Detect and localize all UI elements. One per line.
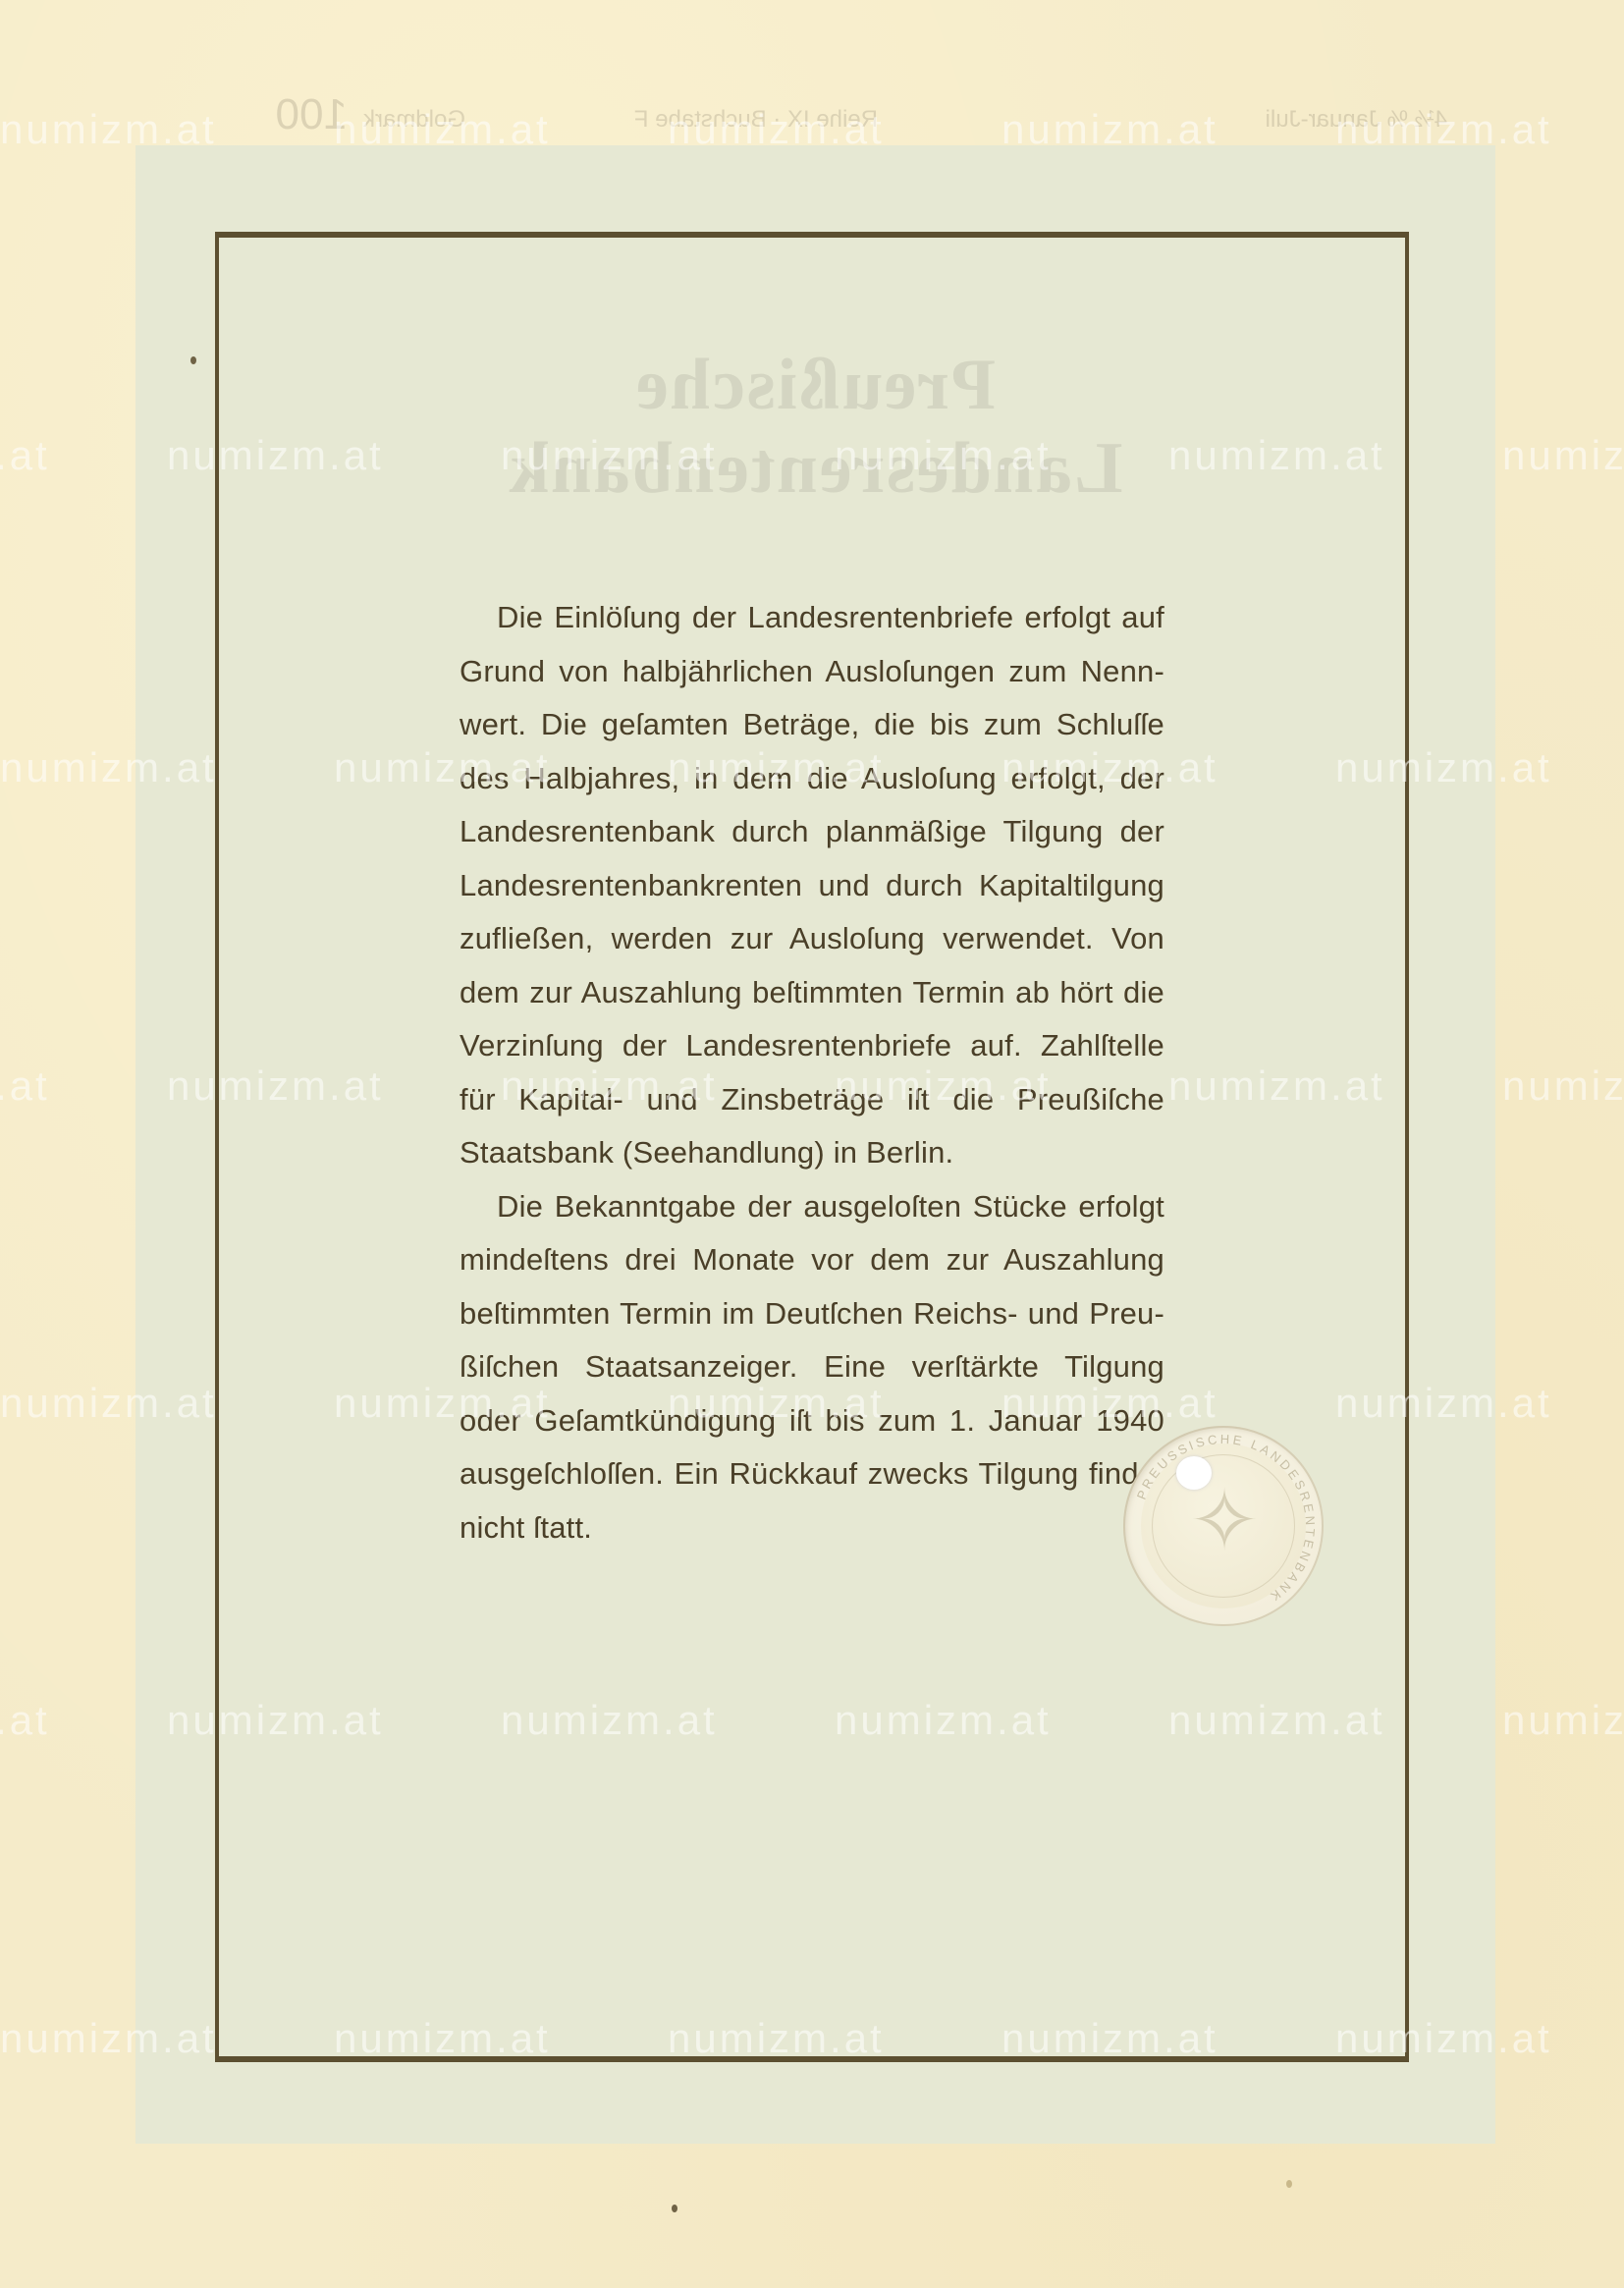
text-line: mindeſtens drei Monate vor dem zur Ausza… bbox=[460, 1233, 1164, 1287]
svg-text:PREUSSISCHE LANDESRENTENBANK: PREUSSISCHE LANDESRENTENBANK bbox=[1134, 1432, 1318, 1606]
watermark-text: numizm.at bbox=[668, 1380, 885, 1427]
watermark-text: numizm.at bbox=[334, 1380, 551, 1427]
watermark-text: numizm.at bbox=[0, 1380, 217, 1427]
watermark-text: numizm.at bbox=[334, 744, 551, 791]
watermark-text: numizm.at bbox=[1335, 1380, 1552, 1427]
text-line: Landesrentenbankrenten und durch Kapital… bbox=[460, 859, 1164, 913]
watermark-text: numizm.at bbox=[0, 1697, 50, 1744]
punch-hole bbox=[1176, 1456, 1212, 1490]
ink-dot bbox=[190, 356, 196, 364]
watermark-text: numizm.at bbox=[1001, 2015, 1218, 2062]
text-line: Die Bekanntgabe der ausgeloſten Stücke e… bbox=[460, 1180, 1164, 1234]
watermark-text: numizm.at bbox=[0, 744, 217, 791]
text-line: Die Einlöſung der Landesrentenbriefe erf… bbox=[460, 591, 1164, 645]
watermark-text: numizm.at bbox=[1502, 432, 1624, 479]
ink-dot bbox=[1286, 2180, 1292, 2188]
ink-dot bbox=[672, 2205, 677, 2212]
watermark-text: numizm.at bbox=[835, 432, 1052, 479]
paragraph-announcement: Die Bekanntgabe der ausgeloſten Stücke e… bbox=[460, 1180, 1164, 1555]
text-line: Grund von halbjährlichen Ausloſungen zum… bbox=[460, 645, 1164, 699]
watermark-text: numizm.at bbox=[1335, 2015, 1552, 2062]
text-line: Staatsbank (Seehandlung) in Berlin. bbox=[460, 1126, 1164, 1180]
seal-inscription: PREUSSISCHE LANDESRENTENBANK bbox=[1123, 1426, 1324, 1626]
watermark-text: numizm.at bbox=[1168, 1697, 1385, 1744]
watermark-text: numizm.at bbox=[1001, 106, 1218, 153]
watermark-text: numizm.at bbox=[334, 2015, 551, 2062]
watermark-text: numizm.at bbox=[501, 1062, 718, 1110]
watermark-text: numizm.at bbox=[835, 1062, 1052, 1110]
watermark-text: numizm.at bbox=[668, 2015, 885, 2062]
watermark-text: numizm.at bbox=[1168, 1062, 1385, 1110]
watermark-text: numizm.at bbox=[1001, 744, 1218, 791]
watermark-text: numizm.at bbox=[334, 106, 551, 153]
text-line: zufließen, werden zur Ausloſung verwende… bbox=[460, 912, 1164, 966]
watermark-text: numizm.at bbox=[668, 744, 885, 791]
watermark-text: numizm.at bbox=[0, 106, 217, 153]
watermark-text: numizm.at bbox=[835, 1697, 1052, 1744]
watermark-text: numizm.at bbox=[1502, 1697, 1624, 1744]
watermark-text: numizm.at bbox=[167, 432, 384, 479]
watermark-text: numizm.at bbox=[167, 1697, 384, 1744]
watermark-text: numizm.at bbox=[1168, 432, 1385, 479]
watermark-text: numizm.at bbox=[1335, 744, 1552, 791]
watermark-text: numizm.at bbox=[501, 432, 718, 479]
text-line: ausgeſchloſſen. Ein Rückkauf zwecks Tilg… bbox=[460, 1447, 1164, 1501]
watermark-text: numizm.at bbox=[167, 1062, 384, 1110]
watermark-text: numizm.at bbox=[501, 1697, 718, 1744]
watermark-text: numizm.at bbox=[0, 432, 50, 479]
text-line: nicht ſtatt. bbox=[460, 1501, 1164, 1555]
text-line: dem zur Auszahlung beſtimmten Termin ab … bbox=[460, 966, 1164, 1020]
text-line: beſtimmten Termin im Deutſchen Reichs- u… bbox=[460, 1287, 1164, 1341]
embossed-seal: ✧ PREUSSISCHE LANDESRENTENBANK bbox=[1123, 1426, 1324, 1626]
watermark-text: numizm.at bbox=[1335, 106, 1552, 153]
watermark-text: numizm.at bbox=[668, 106, 885, 153]
watermark-text: numizm.at bbox=[0, 2015, 217, 2062]
text-line: Landesrentenbank durch planmäßige Tilgun… bbox=[460, 805, 1164, 859]
watermark-text: numizm.at bbox=[0, 1062, 50, 1110]
watermark-text: numizm.at bbox=[1001, 1380, 1218, 1427]
watermark-text: numizm.at bbox=[1502, 1062, 1624, 1110]
